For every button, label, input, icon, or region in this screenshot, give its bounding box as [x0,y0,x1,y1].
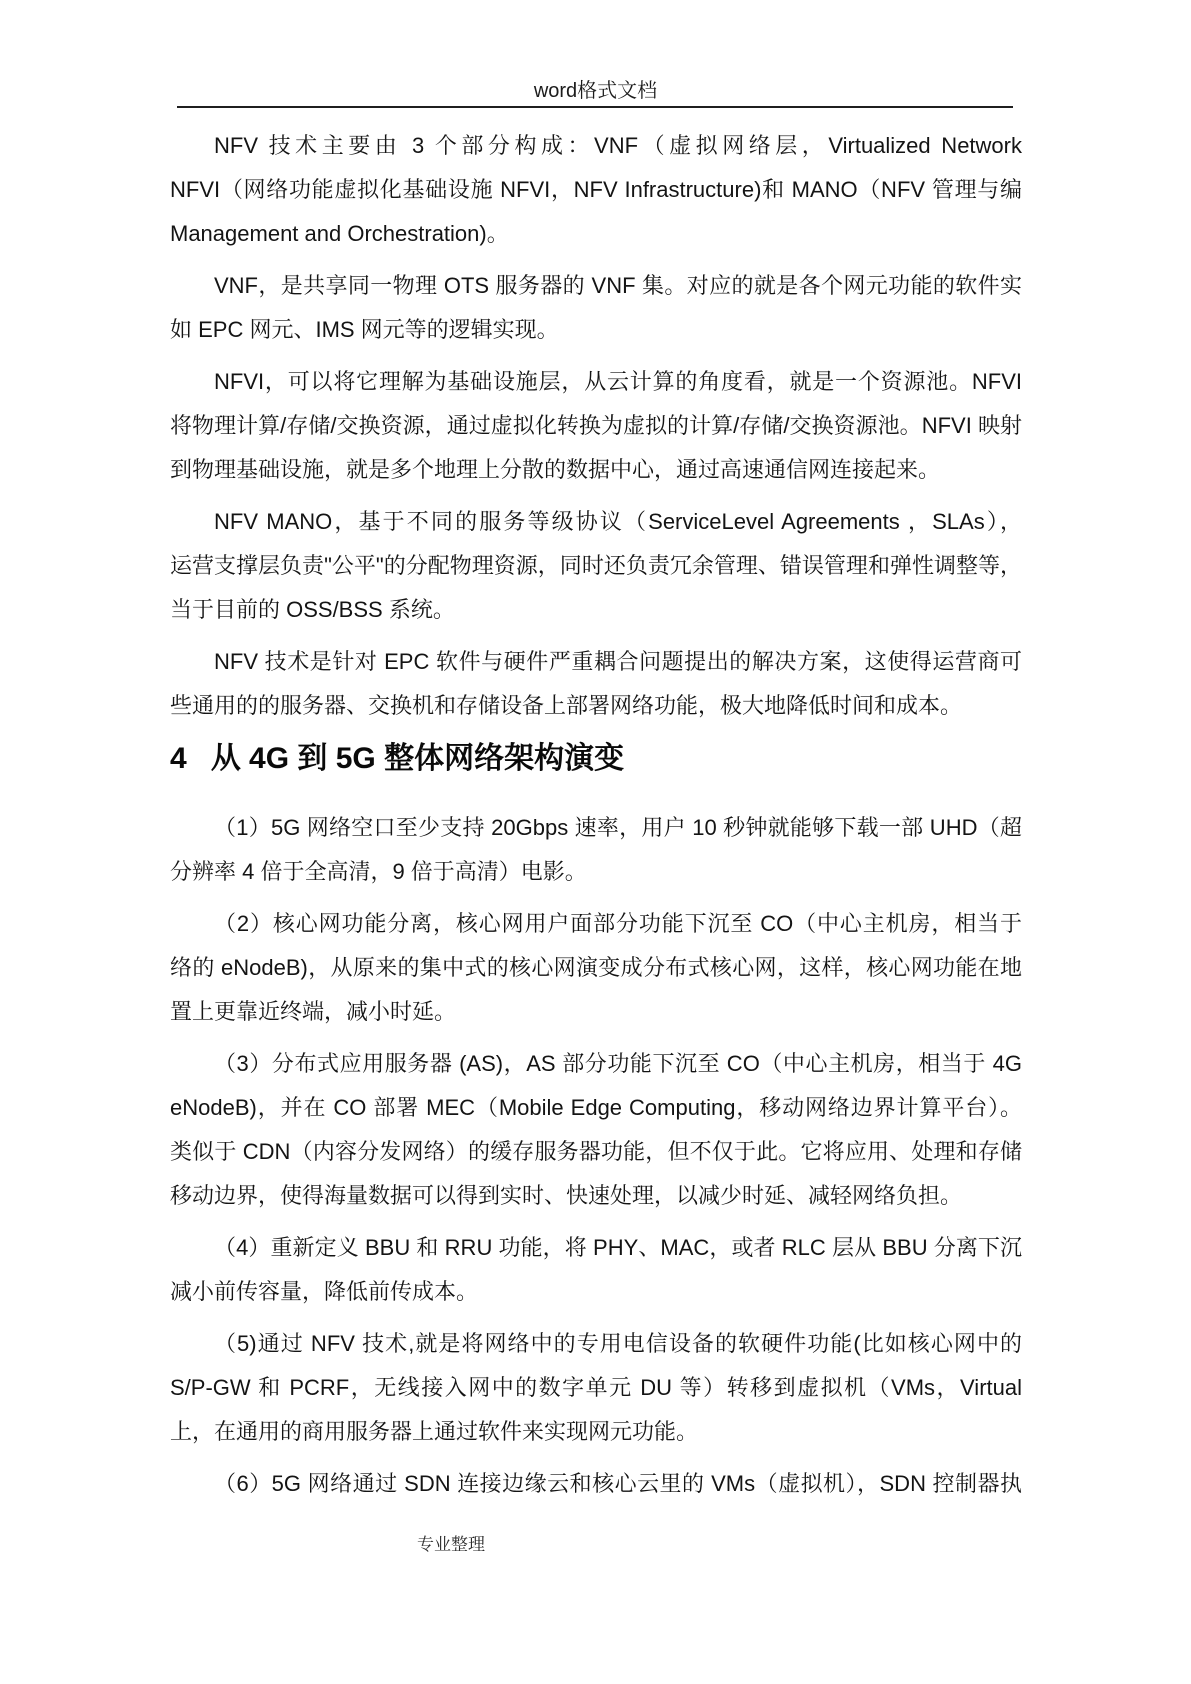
text-line: （2）核心网功能分离，核心网用户面部分功能下沉至 CO（中心主机房，相当于 4G… [170,902,1022,946]
paragraph: NFVI，可以将它理解为基础设施层，从云计算的角度看，就是一个资源池。NFVI … [170,360,1022,492]
text-line: NFVI，可以将它理解为基础设施层，从云计算的角度看，就是一个资源池。NFVI … [170,360,1022,404]
text-line: （4）重新定义 BBU 和 RRU 功能，将 PHY、MAC，或者 RLC 层从… [170,1226,1022,1270]
paragraph: （3）分布式应用服务器 (AS)，AS 部分功能下沉至 CO（中心主机房，相当于… [170,1042,1022,1218]
paragraph: VNF，是共享同一物理 OTS 服务器的 VNF 集。对应的就是各个网元功能的软… [170,264,1022,352]
text-line: eNodeB)，并在 CO 部署 MEC（Mobile Edge Computi… [170,1086,1022,1130]
text-line: 类似于 CDN（内容分发网络）的缓存服务器功能，但不仅于此。它将应用、处理和存储… [170,1130,1022,1174]
text-line: 分辨率 4 倍于全高清，9 倍于高清）电影。 [170,850,1022,894]
paragraph: （4）重新定义 BBU 和 RRU 功能，将 PHY、MAC，或者 RLC 层从… [170,1226,1022,1314]
text-line: 减小前传容量，降低前传成本。 [170,1270,1022,1314]
section-heading: 4从 4G 到 5G 整体网络架构演变 [170,736,1022,782]
paragraph: （2）核心网功能分离，核心网用户面部分功能下沉至 CO（中心主机房，相当于 4G… [170,902,1022,1034]
text-line: NFV 技术主要由 3 个部分构成：VNF（虚拟网络层，Virtualized … [170,124,1022,168]
footer-text: 专业整理 [417,1530,485,1555]
text-line: 上，在通用的商用服务器上通过软件来实现网元功能。 [170,1410,1022,1454]
text-line: 如 EPC 网元、IMS 网元等的逻辑实现。 [170,308,1022,352]
text-line: 置上更靠近终端，减小时延。 [170,990,1022,1034]
paragraph: NFV 技术主要由 3 个部分构成：VNF（虚拟网络层，Virtualized … [170,124,1022,256]
text-line: NFVI（网络功能虚拟化基础设施 NFVI，NFV Infrastructure… [170,168,1022,212]
text-line: （6）5G 网络通过 SDN 连接边缘云和核心云里的 VMs（虚拟机），SDN … [170,1462,1022,1506]
text-line: （3）分布式应用服务器 (AS)，AS 部分功能下沉至 CO（中心主机房，相当于… [170,1042,1022,1086]
paragraph: （1）5G 网络空口至少支持 20Gbps 速率，用户 10 秒钟就能够下载一部… [170,806,1022,894]
section-heading-text: 从 4G 到 5G 整体网络架构演变 [211,742,624,775]
paragraph: NFV MANO，基于不同的服务等级协议（ServiceLevel Agreem… [170,500,1022,632]
text-line: VNF，是共享同一物理 OTS 服务器的 VNF 集。对应的就是各个网元功能的软… [170,264,1022,308]
paragraph: NFV 技术是针对 EPC 软件与硬件严重耦合问题提出的解决方案，这使得运营商可… [170,640,1022,728]
text-line: NFV MANO，基于不同的服务等级协议（ServiceLevel Agreem… [170,500,1022,544]
text-line: 将物理计算/存储/交换资源，通过虚拟化转换为虚拟的计算/存储/交换资源池。NFV… [170,404,1022,448]
text-line: S/P-GW 和 PCRF，无线接入网中的数字单元 DU 等）转移到虚拟机（VM… [170,1366,1022,1410]
text-line: 运营支撑层负责"公平"的分配物理资源，同时还负责冗余管理、错误管理和弹性调整等，… [170,544,1022,588]
text-line: NFV 技术是针对 EPC 软件与硬件严重耦合问题提出的解决方案，这使得运营商可… [170,640,1022,684]
section-heading-number: 4 [170,742,187,775]
text-line: 些通用的的服务器、交换机和存储设备上部署网络功能，极大地降低时间和成本。 [170,684,1022,728]
text-line: 移动边界，使得海量数据可以得到实时、快速处理，以减少时延、减轻网络负担。 [170,1174,1022,1218]
text-line: 到物理基础设施，就是多个地理上分散的数据中心，通过高速通信网连接起来。 [170,448,1022,492]
text-line: （5)通过 NFV 技术,就是将网络中的专用电信设备的软硬件功能(比如核心网中的… [170,1322,1022,1366]
header-rule [177,106,1013,108]
text-line: （1）5G 网络空口至少支持 20Gbps 速率，用户 10 秒钟就能够下载一部… [170,806,1022,850]
page-header-title: word格式文档 [0,74,1191,103]
paragraph: （5)通过 NFV 技术,就是将网络中的专用电信设备的软硬件功能(比如核心网中的… [170,1322,1022,1454]
text-line: Management and Orchestration)。 [170,212,1022,256]
text-line: 络的 eNodeB)，从原来的集中式的核心网演变成分布式核心网，这样，核心网功能… [170,946,1022,990]
text-line: 当于目前的 OSS/BSS 系统。 [170,588,1022,632]
paragraph: （6）5G 网络通过 SDN 连接边缘云和核心云里的 VMs（虚拟机），SDN … [170,1462,1022,1506]
document-body: NFV 技术主要由 3 个部分构成：VNF（虚拟网络层，Virtualized … [170,124,1022,1514]
word-document-page: word格式文档 NFV 技术主要由 3 个部分构成：VNF（虚拟网络层，Vir… [0,0,1191,1684]
